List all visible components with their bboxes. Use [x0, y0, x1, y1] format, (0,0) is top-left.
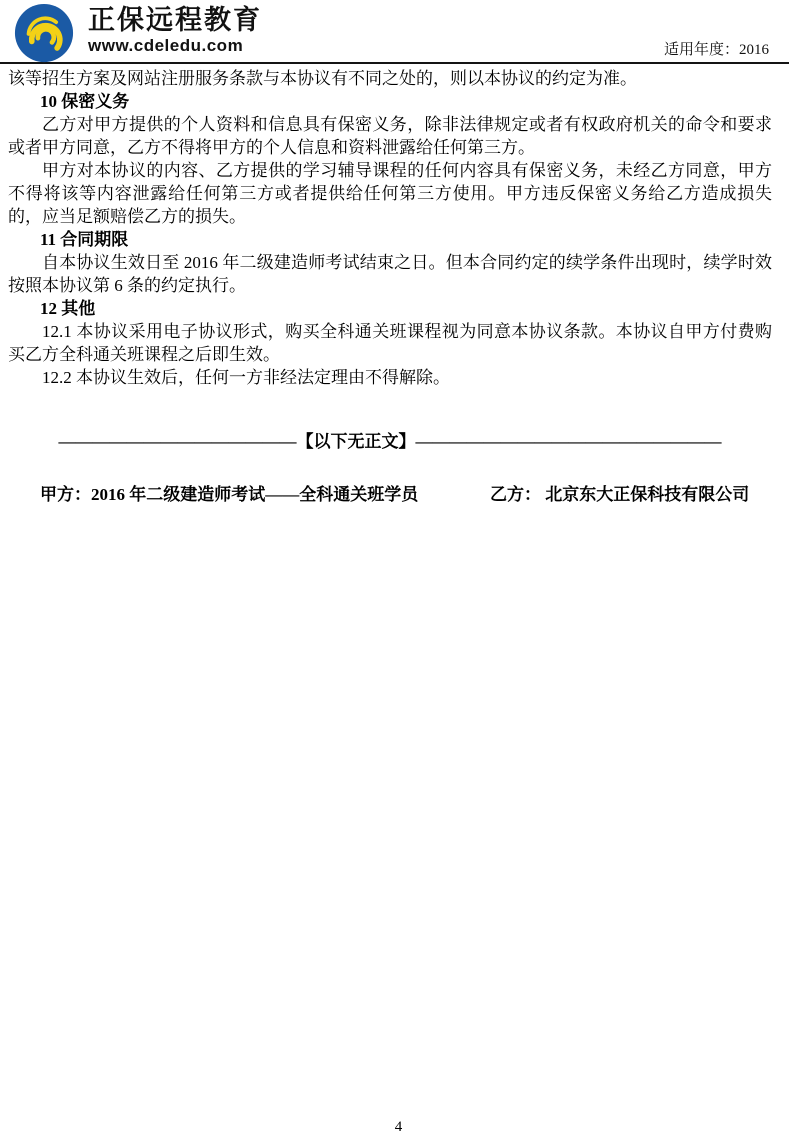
section-10-paragraph-1: 乙方对甲方提供的个人资料和信息具有保密义务，除非法律规定或者有权政府机关的命令和…	[8, 113, 772, 159]
brand-name: 正保远程教育	[88, 5, 262, 36]
document-page: 正保远程教育 www.cdeledu.com 适用年度：2016 该等招生方案及…	[0, 0, 797, 1144]
section-12-paragraph-1: 12.1 本协议采用电子协议形式，购买全科通关班课程视为同意本协议条款。本协议自…	[8, 320, 772, 366]
party-a-signature: 甲方：2016 年二级建造师考试——全科通关班学员	[40, 483, 418, 506]
section-heading-12: 12 其他	[8, 297, 772, 320]
page-number: 4	[0, 1119, 797, 1136]
brand-url: www.cdeledu.com	[88, 36, 262, 56]
signature-row: 甲方：2016 年二级建造师考试——全科通关班学员 乙方： 北京东大正保科技有限…	[8, 483, 772, 507]
section-10-paragraph-2: 甲方对本协议的内容、乙方提供的学习辅导课程的任何内容具有保密义务，未经乙方同意，…	[8, 159, 772, 228]
section-heading-10: 10 保密义务	[8, 90, 772, 113]
divider-label: 【以下无正文】	[297, 432, 416, 451]
section-12-paragraph-2: 12.2 本协议生效后，任何一方非经法定理由不得解除。	[8, 366, 772, 389]
section-11-paragraph-1: 自本协议生效日至 2016 年二级建造师考试结束之日。但本合同约定的续学条件出现…	[8, 251, 772, 297]
brand-logo-icon	[14, 3, 74, 63]
contract-body: 该等招生方案及网站注册服务条款与本协议有不同之处的，则以本协议的约定为准。 10…	[8, 67, 772, 507]
party-b-signature: 乙方： 北京东大正保科技有限公司	[490, 483, 749, 506]
no-more-text-divider: ——————————————【以下无正文】——————————————————	[8, 430, 772, 453]
section-heading-11: 11 合同期限	[8, 228, 772, 251]
brand-text-block: 正保远程教育 www.cdeledu.com	[88, 5, 262, 56]
divider-left-dashes: ——————————————	[59, 432, 297, 451]
page-header: 正保远程教育 www.cdeledu.com 适用年度：2016	[0, 0, 789, 64]
applicable-year-label: 适用年度：2016	[664, 38, 769, 59]
divider-right-dashes: ——————————————————	[416, 432, 722, 451]
intro-paragraph: 该等招生方案及网站注册服务条款与本协议有不同之处的，则以本协议的约定为准。	[8, 67, 772, 90]
